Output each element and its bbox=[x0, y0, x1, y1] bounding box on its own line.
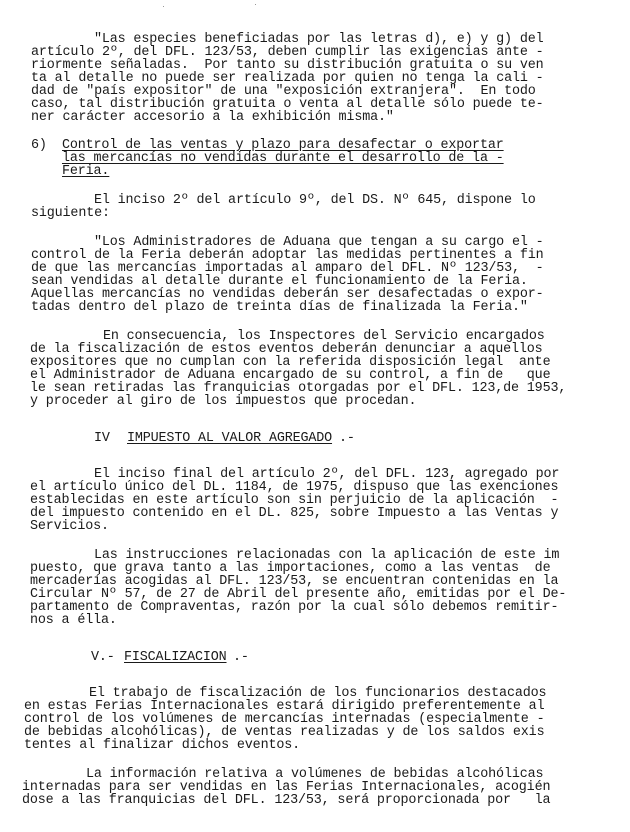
section-number: IV bbox=[94, 432, 110, 446]
section-number: V.- bbox=[91, 651, 115, 665]
text-line: nos a élla. bbox=[30, 614, 117, 628]
text-line: tadas dentro del plazo de treinta días d… bbox=[31, 301, 528, 315]
text-line: siguiente: bbox=[31, 207, 110, 221]
document-page: "Las especies beneficiadas por las letra… bbox=[0, 0, 630, 832]
text-line: ner carácter accesorio a la exhibición m… bbox=[31, 111, 394, 125]
section-suffix: .- bbox=[233, 651, 249, 665]
text-line: tentes al finalizar dichos eventos. bbox=[24, 739, 300, 753]
text-line: El inciso 2º del artículo 9º, del DS. Nº… bbox=[94, 194, 536, 208]
text-line: del impuesto contenido en el DL. 825, so… bbox=[30, 507, 558, 521]
text-line: y proceder al giro de los impuestos que … bbox=[30, 395, 416, 409]
text-line: Servicios. bbox=[30, 520, 109, 534]
heading-line: las mercancías no vendidas durante el de… bbox=[62, 152, 504, 166]
section-title: IMPUESTO AL VALOR AGREGADO bbox=[127, 432, 332, 446]
section-title: FISCALIZACION bbox=[124, 651, 227, 665]
section-number: 6) bbox=[31, 139, 47, 153]
scan-speck bbox=[163, 6, 164, 7]
scan-speck bbox=[255, 4, 256, 5]
text-line: dose a las franquicias del DFL. 123/53, … bbox=[22, 794, 550, 808]
section-suffix: .- bbox=[339, 432, 355, 446]
heading-line: Feria. bbox=[62, 165, 109, 179]
